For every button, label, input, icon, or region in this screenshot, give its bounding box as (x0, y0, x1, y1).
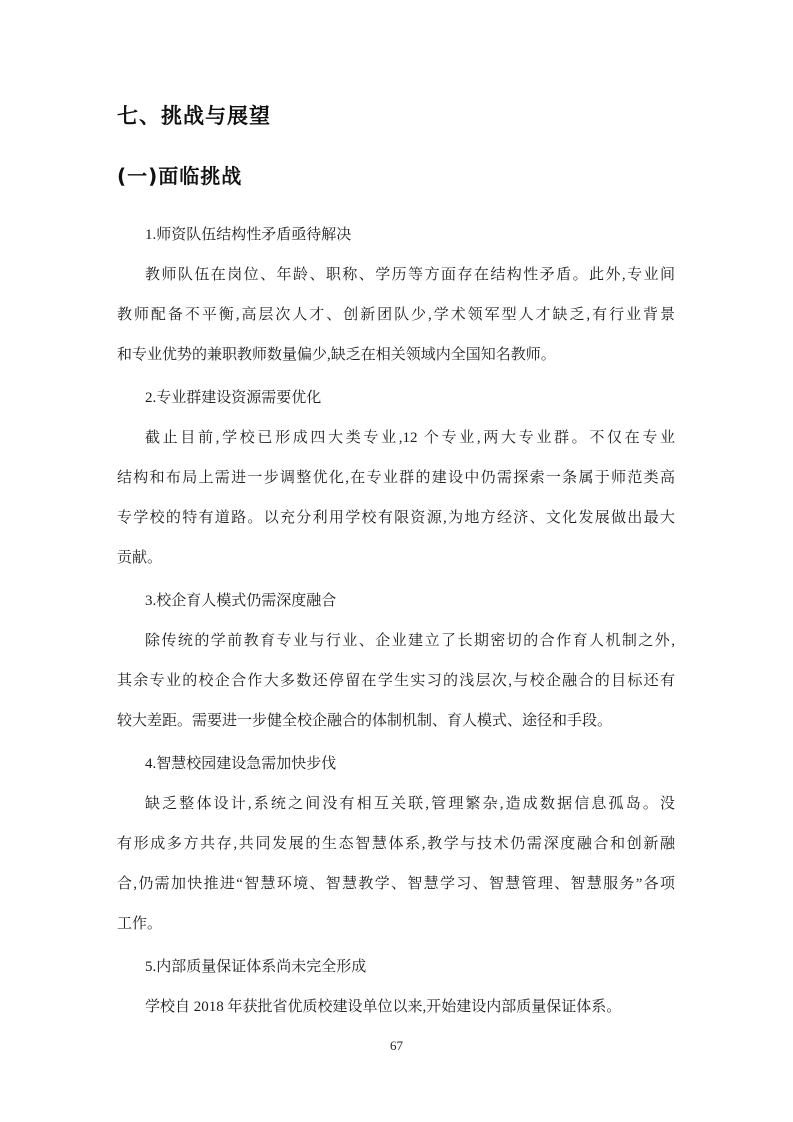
section: 5.内部质量保证体系尚未完全形成学校自 2018 年获批省优质校建设单位以来,开… (117, 947, 675, 1027)
page-title: 七、挑战与展望 (117, 0, 675, 130)
body-line: 合,仍需加快推进“智慧环境、智慧教学、智慧学习、智慧管理、智慧服务”各项 (117, 864, 675, 904)
section: 3.校企育人模式仍需深度融合除传统的学前教育专业与行业、企业建立了长期密切的合作… (117, 581, 675, 741)
body-line: 和专业优势的兼职教师数量偏少,缺乏在相关领域内全国知名教师。 (117, 335, 675, 375)
body-line: 有形成多方共存,共同发展的生态智慧体系,教学与技术仍需深度融合和创新融 (117, 824, 675, 864)
body-line: 除传统的学前教育专业与行业、企业建立了长期密切的合作育人机制之外, (117, 621, 675, 661)
document-content: 七、挑战与展望 (一)面临挑战 1.师资队伍结构性矛盾亟待解决教师队伍在岗位、年… (117, 0, 675, 1027)
body-line: 结构和布局上需进一步调整优化,在专业群的建设中仍需探索一条属于师范类高 (117, 458, 675, 498)
section-subtitle: (一)面临挑战 (117, 163, 675, 189)
section: 2.专业群建设资源需要优化截止目前,学校已形成四大类专业,12 个专业,两大专业… (117, 378, 675, 578)
body-line: 工作。 (117, 904, 675, 944)
section-heading: 5.内部质量保证体系尚未完全形成 (117, 947, 675, 987)
page-number: 67 (0, 1038, 793, 1054)
body-line: 专学校的特有道路。以充分利用学校有限资源,为地方经济、文化发展做出最大 (117, 498, 675, 538)
section-heading: 4.智慧校园建设急需加快步伐 (117, 744, 675, 784)
body-line: 贡献。 (117, 538, 675, 578)
body-line: 截止目前,学校已形成四大类专业,12 个专业,两大专业群。不仅在专业 (117, 418, 675, 458)
section-heading: 2.专业群建设资源需要优化 (117, 378, 675, 418)
section: 1.师资队伍结构性矛盾亟待解决教师队伍在岗位、年龄、职称、学历等方面存在结构性矛… (117, 215, 675, 375)
section: 4.智慧校园建设急需加快步伐缺乏整体设计,系统之间没有相互关联,管理繁杂,造成数… (117, 744, 675, 944)
document-page: 七、挑战与展望 (一)面临挑战 1.师资队伍结构性矛盾亟待解决教师队伍在岗位、年… (0, 0, 793, 1122)
body-line: 较大差距。需要进一步健全校企融合的体制机制、育人模式、途径和手段。 (117, 701, 675, 741)
body-line: 教师配备不平衡,高层次人才、创新团队少,学术领军型人才缺乏,有行业背景 (117, 295, 675, 335)
body-line: 其余专业的校企合作大多数还停留在学生实习的浅层次,与校企融合的目标还有 (117, 661, 675, 701)
sections-container: 1.师资队伍结构性矛盾亟待解决教师队伍在岗位、年龄、职称、学历等方面存在结构性矛… (117, 215, 675, 1027)
body-line: 教师队伍在岗位、年龄、职称、学历等方面存在结构性矛盾。此外,专业间 (117, 255, 675, 295)
section-heading: 1.师资队伍结构性矛盾亟待解决 (117, 215, 675, 255)
section-heading: 3.校企育人模式仍需深度融合 (117, 581, 675, 621)
body-line: 学校自 2018 年获批省优质校建设单位以来,开始建设内部质量保证体系。 (117, 987, 675, 1027)
body-line: 缺乏整体设计,系统之间没有相互关联,管理繁杂,造成数据信息孤岛。没 (117, 784, 675, 824)
